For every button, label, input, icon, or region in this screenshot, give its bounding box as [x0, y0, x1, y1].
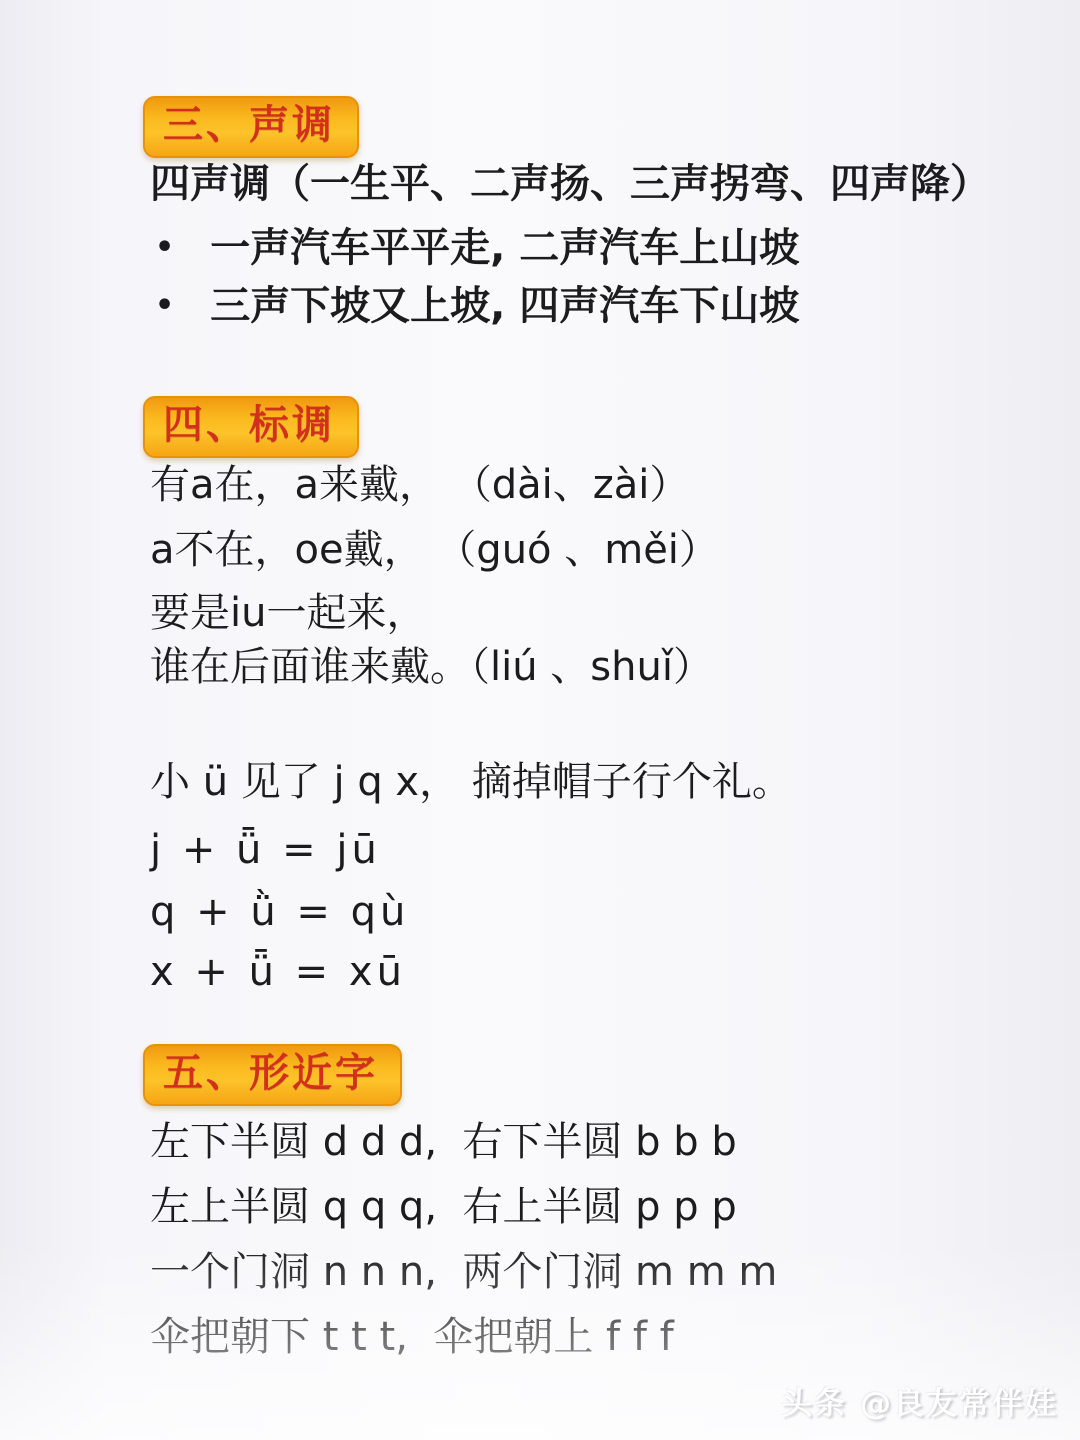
similar-line-1: 左下半圆 d d d, 右下半圆 b b b: [150, 1118, 737, 1166]
similar-line-2: 左上半圆 q q q, 右上半圆 p p p: [150, 1183, 737, 1231]
similar-line-4: 伞把朝下 t t t, 伞把朝上 f f f: [150, 1313, 674, 1361]
tones-bullet-2: • 三声下坡又上坡, 四声汽车下山坡: [155, 282, 799, 330]
marking-line-2: a不在，oe戴， （guó 、měi）: [150, 526, 719, 574]
bullet-dot-icon: •: [155, 230, 174, 266]
equation-xu: x + ǖ = xū: [150, 948, 406, 996]
similar-line-3: 一个门洞 n n n, 两个门洞 m m m: [150, 1248, 777, 1296]
u-rule-line: 小 ü 见了 j q x， 摘掉帽子行个礼。: [150, 758, 792, 806]
section-marking-badge: 四、标调: [143, 396, 359, 458]
tones-intro-line: 四声调（一生平、二声扬、三声拐弯、四声降）: [150, 160, 990, 208]
tones-bullet-2-text: 三声下坡又上坡, 四声汽车下山坡: [210, 282, 799, 330]
document-page: 三、声调 四声调（一生平、二声扬、三声拐弯、四声降） • 一声汽车平平走, 二声…: [0, 0, 1080, 1440]
tones-bullet-1: • 一声汽车平平走, 二声汽车上山坡: [155, 224, 799, 272]
tones-bullet-1-text: 一声汽车平平走, 二声汽车上山坡: [210, 224, 799, 272]
watermark: 头条 @良友常伴娃: [781, 1378, 1058, 1423]
equation-ju: j + ǖ = jū: [150, 826, 381, 874]
equation-qu: q + ǜ = qù: [150, 888, 409, 936]
section-tones-badge: 三、声调: [143, 96, 359, 158]
marking-line-1: 有a在，a来戴， （dài、zài）: [150, 461, 689, 509]
section-similar-badge: 五、形近字: [143, 1044, 402, 1106]
bullet-dot-icon: •: [155, 288, 174, 324]
marking-line-3: 要是iu一起来，: [150, 589, 426, 637]
marking-line-4: 谁在后面谁来戴。（liú 、shuǐ）: [150, 643, 713, 691]
